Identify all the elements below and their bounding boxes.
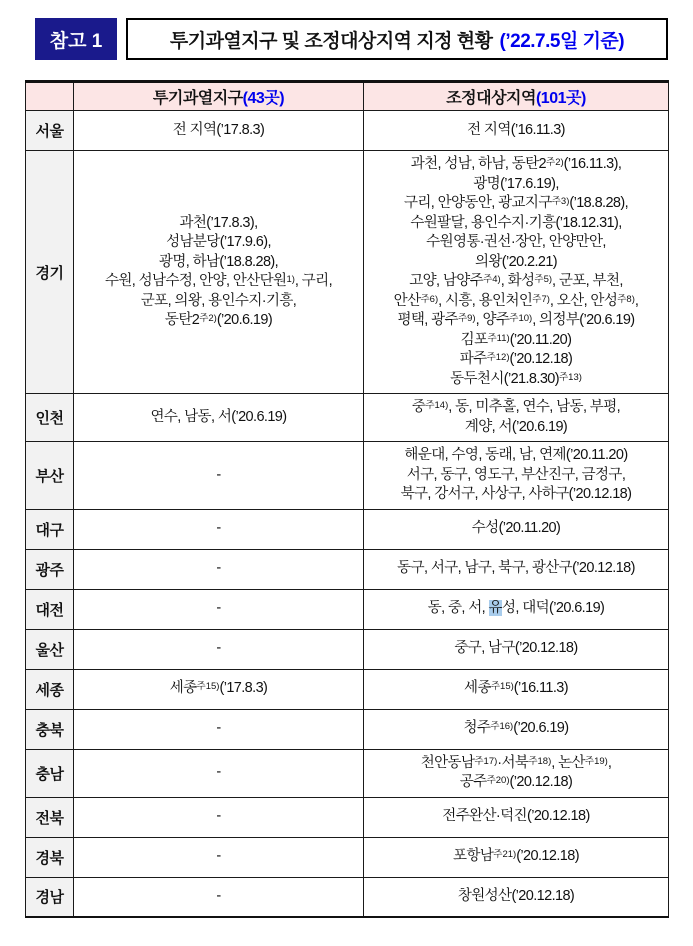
adjust-cell: 창원성산(’20.12.18) bbox=[364, 877, 669, 917]
adjust-cell: 동구, 서구, 남구, 북구, 광산구(’20.12.18) bbox=[364, 549, 669, 589]
highlighted-text: 유 bbox=[489, 600, 502, 616]
reference-badge: 참고 1 bbox=[35, 18, 117, 60]
table-header-row: 투기과열지구(43곳) 조정대상지역(101곳) bbox=[26, 82, 669, 111]
footnote-marker: 주19) bbox=[585, 756, 608, 767]
overheat-count: (43곳) bbox=[243, 90, 284, 107]
adjust-cell: 해운대, 수영, 동래, 남, 연제(’20.11.20)서구, 동구, 영도구… bbox=[364, 442, 669, 510]
adjust-cell: 포항남주21)(’20.12.18) bbox=[364, 837, 669, 877]
table-row: 세종세종주15)(’17.8.3)세종주15)(’16.11.3) bbox=[26, 669, 669, 709]
footnote-marker: 1) bbox=[286, 274, 294, 285]
footnote-marker: 주12) bbox=[487, 352, 510, 363]
overheat-cell: 연수, 남동, 서(’20.6.19) bbox=[74, 394, 364, 442]
table-row: 울산-중구, 남구(’20.12.18) bbox=[26, 629, 669, 669]
region-cell: 부산 bbox=[26, 442, 74, 510]
footnote-marker: 주17) bbox=[474, 756, 497, 767]
overheat-cell: 과천(’17.8.3),성남분당(’17.9.6),광명, 하남(’18.8.2… bbox=[74, 151, 364, 394]
footnote-marker: 주15) bbox=[491, 681, 514, 692]
table-row: 광주-동구, 서구, 남구, 북구, 광산구(’20.12.18) bbox=[26, 549, 669, 589]
footnote-marker: 주7) bbox=[532, 294, 550, 305]
footnote-marker: 주15) bbox=[197, 681, 220, 692]
overheat-cell: - bbox=[74, 837, 364, 877]
footnote-marker: 주18) bbox=[528, 756, 551, 767]
table-row: 경북-포항남주21)(’20.12.18) bbox=[26, 837, 669, 877]
table-row: 충북-청주주16)(’20.6.19) bbox=[26, 709, 669, 749]
table-row: 경기과천(’17.8.3),성남분당(’17.9.6),광명, 하남(’18.8… bbox=[26, 151, 669, 394]
adjust-cell: 동, 중, 서, 유성, 대덕(’20.6.19) bbox=[364, 589, 669, 629]
region-cell: 경남 bbox=[26, 877, 74, 917]
region-cell: 경북 bbox=[26, 837, 74, 877]
adjust-cell: 청주주16)(’20.6.19) bbox=[364, 709, 669, 749]
document-header: 참고 1 투기과열지구 및 조정대상지역 지정 현황 (’22.7.5일 기준) bbox=[35, 18, 668, 60]
footnote-marker: 주4) bbox=[483, 274, 501, 285]
table-body: 서울전 지역(’17.8.3)전 지역(’16.11.3)경기과천(’17.8.… bbox=[26, 111, 669, 918]
region-cell: 울산 bbox=[26, 629, 74, 669]
overheat-cell: - bbox=[74, 589, 364, 629]
overheat-cell: - bbox=[74, 629, 364, 669]
footnote-marker: 주16) bbox=[490, 721, 513, 732]
title-date: (’22.7.5일 기준) bbox=[500, 26, 625, 53]
adjust-cell: 중주14), 동, 미추홀, 연수, 남동, 부평,계양, 서(’20.6.19… bbox=[364, 394, 669, 442]
footnote-marker: 주10) bbox=[509, 313, 532, 324]
adjust-cell: 세종주15)(’16.11.3) bbox=[364, 669, 669, 709]
region-cell: 광주 bbox=[26, 549, 74, 589]
designation-table: 투기과열지구(43곳) 조정대상지역(101곳) 서울전 지역(’17.8.3)… bbox=[25, 80, 669, 918]
table-row: 인천연수, 남동, 서(’20.6.19)중주14), 동, 미추홀, 연수, … bbox=[26, 394, 669, 442]
page-title: 투기과열지구 및 조정대상지역 지정 현황 bbox=[170, 26, 493, 53]
adjust-cell: 전 지역(’16.11.3) bbox=[364, 111, 669, 151]
overheat-cell: - bbox=[74, 509, 364, 549]
region-cell: 충북 bbox=[26, 709, 74, 749]
footnote-marker: 주6) bbox=[421, 294, 439, 305]
overheat-cell: - bbox=[74, 442, 364, 510]
table-row: 경남-창원성산(’20.12.18) bbox=[26, 877, 669, 917]
footnote-marker: 주20) bbox=[487, 775, 510, 786]
footnote-marker: 주3) bbox=[552, 196, 570, 207]
overheat-cell: - bbox=[74, 797, 364, 837]
region-cell: 전북 bbox=[26, 797, 74, 837]
overheat-cell: 전 지역(’17.8.3) bbox=[74, 111, 364, 151]
overheat-cell: 세종주15)(’17.8.3) bbox=[74, 669, 364, 709]
title-box: 투기과열지구 및 조정대상지역 지정 현황 (’22.7.5일 기준) bbox=[126, 18, 668, 60]
region-cell: 대구 bbox=[26, 509, 74, 549]
table-row: 부산-해운대, 수영, 동래, 남, 연제(’20.11.20)서구, 동구, … bbox=[26, 442, 669, 510]
overheat-column-header: 투기과열지구(43곳) bbox=[74, 82, 364, 111]
overheat-cell: - bbox=[74, 549, 364, 589]
table-row: 대전-동, 중, 서, 유성, 대덕(’20.6.19) bbox=[26, 589, 669, 629]
overheat-column-label: 투기과열지구 bbox=[153, 90, 243, 107]
table-row: 전북-전주완산·덕진(’20.12.18) bbox=[26, 797, 669, 837]
table-row: 대구-수성(’20.11.20) bbox=[26, 509, 669, 549]
table-row: 서울전 지역(’17.8.3)전 지역(’16.11.3) bbox=[26, 111, 669, 151]
adjust-column-label: 조정대상지역 bbox=[446, 90, 536, 107]
footnote-marker: 주2) bbox=[546, 157, 564, 168]
footnote-marker: 주5) bbox=[534, 274, 552, 285]
region-cell: 대전 bbox=[26, 589, 74, 629]
footnote-marker: 주11) bbox=[487, 333, 509, 344]
overheat-cell: - bbox=[74, 749, 364, 797]
overheat-cell: - bbox=[74, 877, 364, 917]
adjust-cell: 중구, 남구(’20.12.18) bbox=[364, 629, 669, 669]
adjust-cell: 천안동남주17)·서북주18), 논산주19),공주주20)(’20.12.18… bbox=[364, 749, 669, 797]
adjust-cell: 전주완산·덕진(’20.12.18) bbox=[364, 797, 669, 837]
footnote-marker: 주14) bbox=[425, 400, 448, 411]
region-cell: 세종 bbox=[26, 669, 74, 709]
adjust-count: (101곳) bbox=[536, 90, 586, 107]
footnote-marker: 주9) bbox=[458, 313, 476, 324]
overheat-cell: - bbox=[74, 709, 364, 749]
adjust-cell: 과천, 성남, 하남, 동탄2주2)(’16.11.3),광명(’17.6.19… bbox=[364, 151, 669, 394]
region-cell: 서울 bbox=[26, 111, 74, 151]
table-row: 충남-천안동남주17)·서북주18), 논산주19),공주주20)(’20.12… bbox=[26, 749, 669, 797]
region-cell: 충남 bbox=[26, 749, 74, 797]
adjust-cell: 수성(’20.11.20) bbox=[364, 509, 669, 549]
footnote-marker: 주13) bbox=[559, 372, 582, 383]
footnote-marker: 주21) bbox=[493, 849, 516, 860]
footnote-marker: 주2) bbox=[199, 313, 217, 324]
footnote-marker: 주8) bbox=[617, 294, 635, 305]
adjust-column-header: 조정대상지역(101곳) bbox=[364, 82, 669, 111]
region-column-header bbox=[26, 82, 74, 111]
region-cell: 인천 bbox=[26, 394, 74, 442]
region-cell: 경기 bbox=[26, 151, 74, 394]
